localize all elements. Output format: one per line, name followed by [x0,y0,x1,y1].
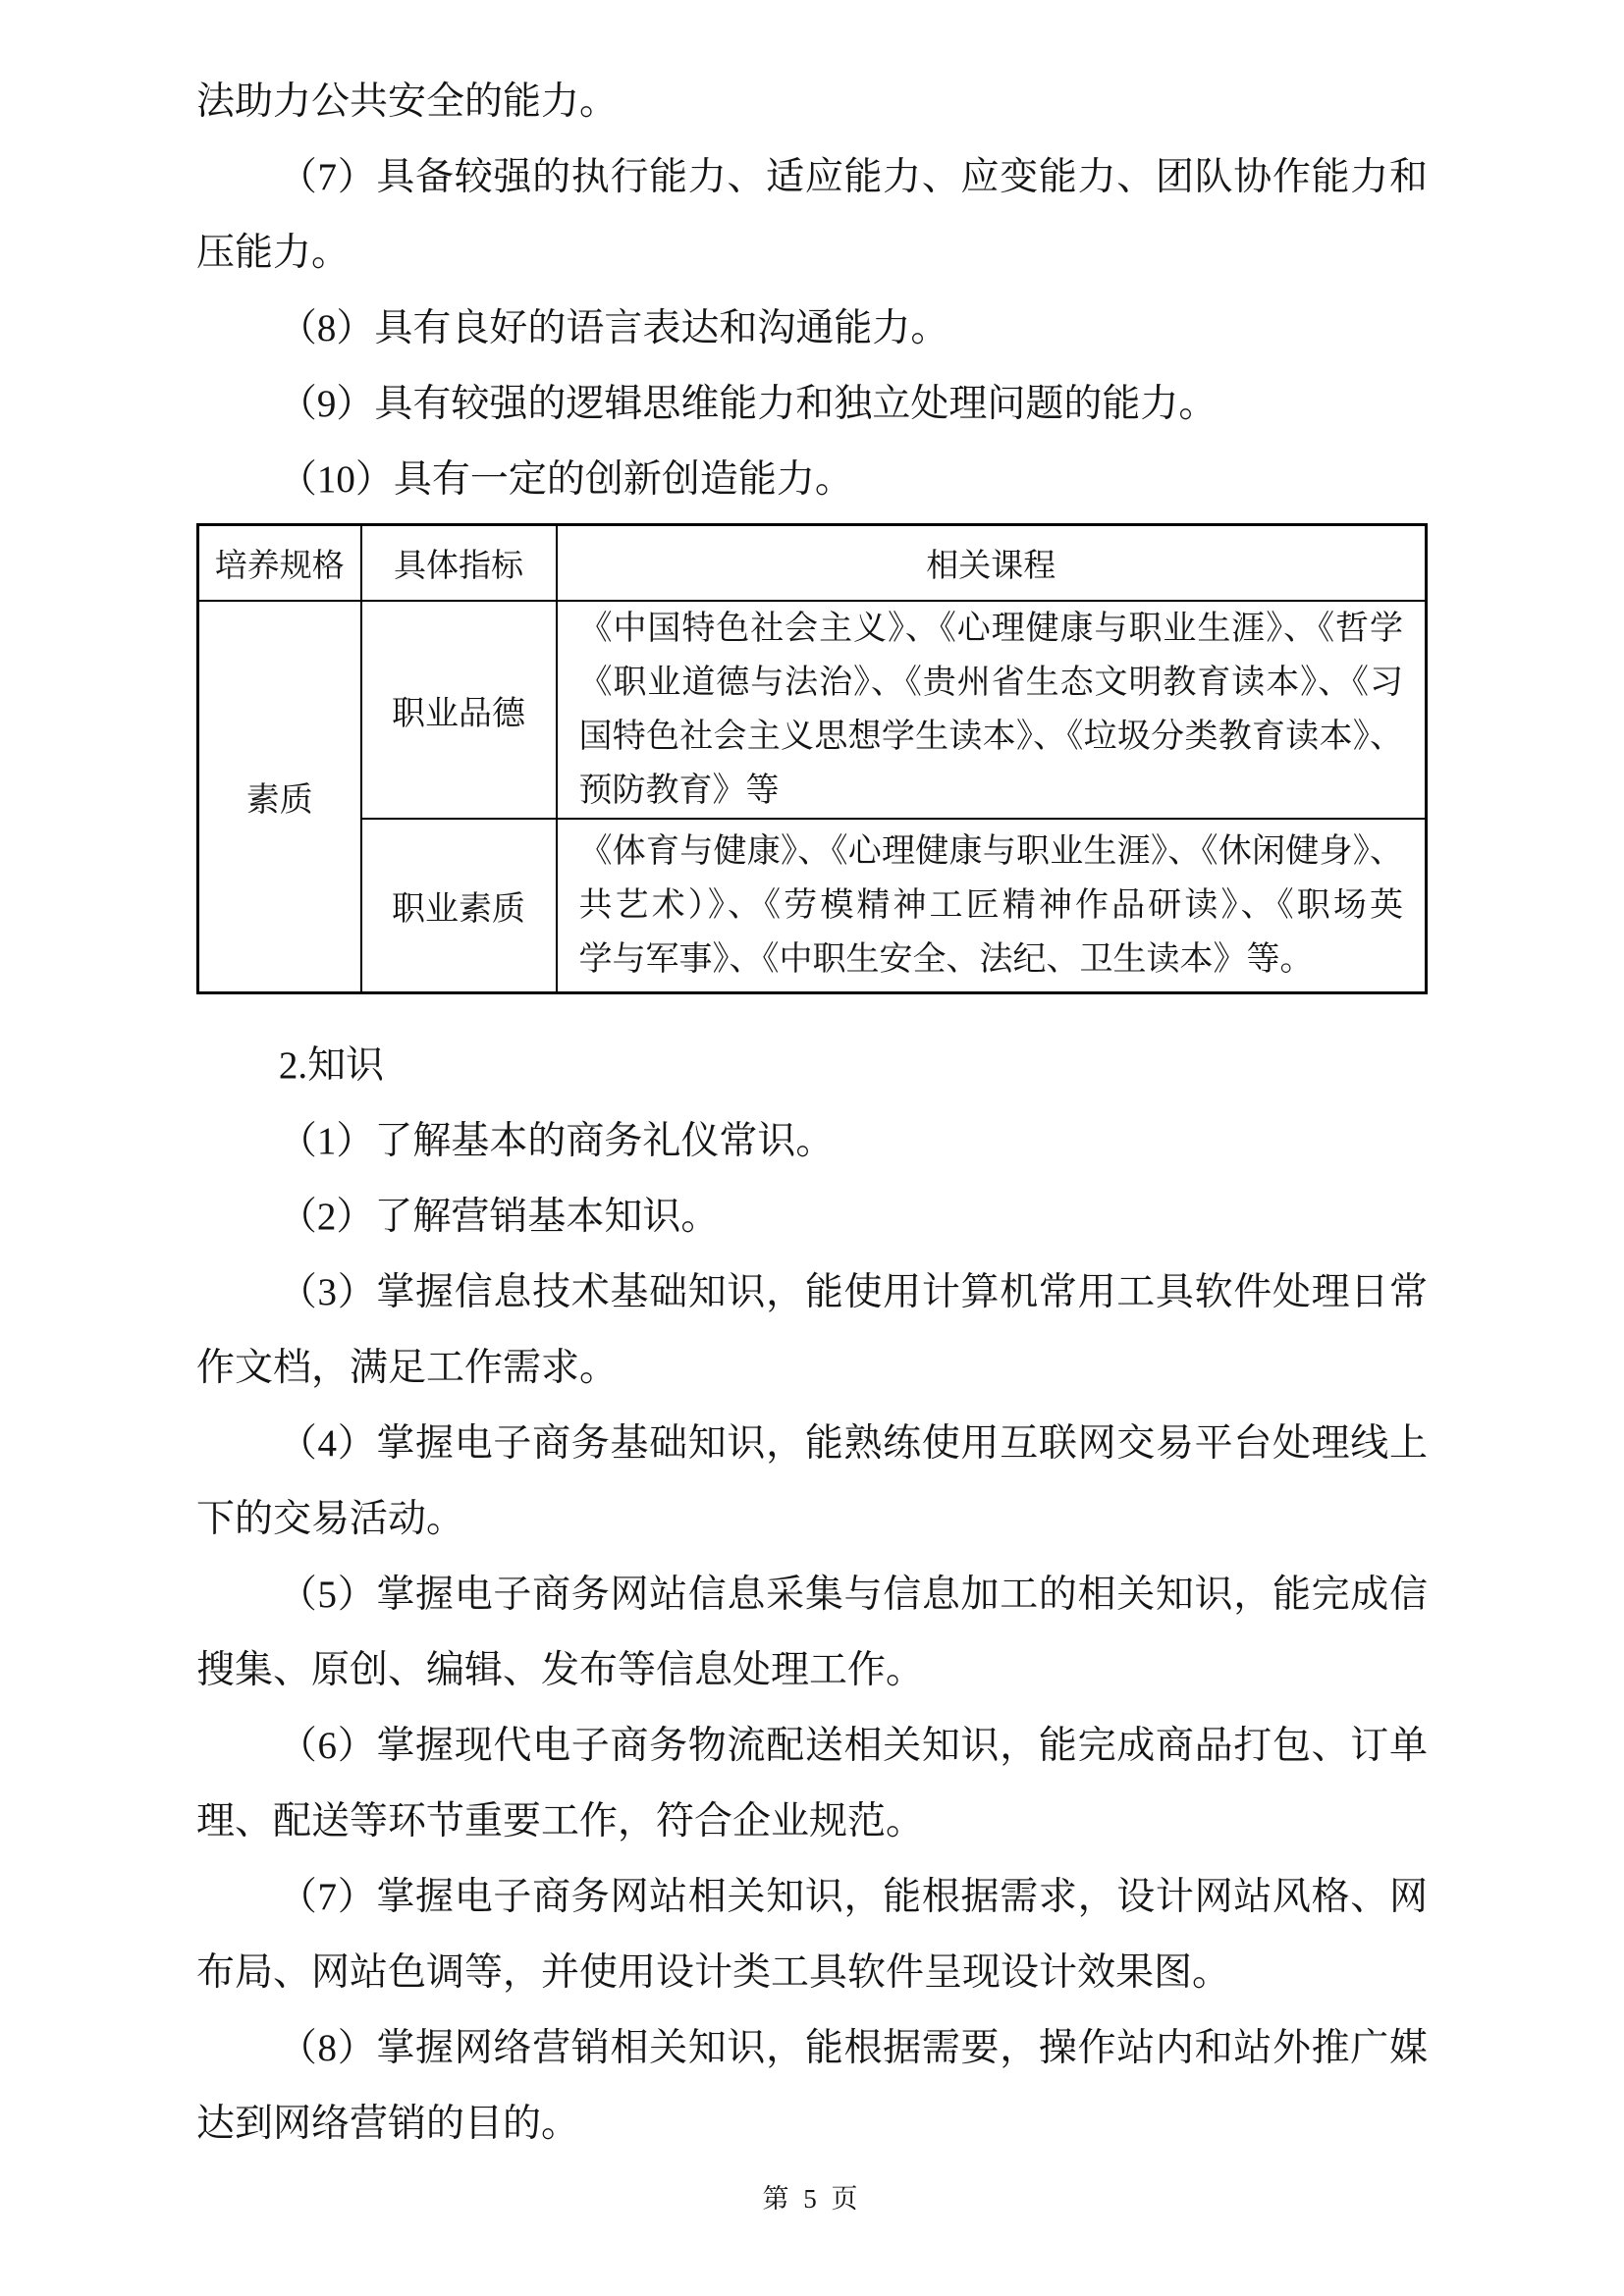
table-row: 素质 职业品德 《中国特色社会主义》、《心理健康与职业生涯》、《哲学与人生》、《… [198,601,1427,819]
text-line: （8）具有良好的语言表达和沟通能力。 [196,291,1428,366]
cell-quality-group: 素质 [198,601,361,992]
text-line: （7）掌握电子商务网站相关知识，能根据需求，设计网站风格、网页 [196,1859,1428,1935]
text-line: （1）了解基本的商务礼仪常识。 [196,1103,1428,1179]
text-line: 共艺术）》、《劳模精神工匠精神作品研读》、《职场英语》、《数 [579,879,1404,933]
text-line: （4）掌握电子商务基础知识，能熟练使用互联网交易平台处理线上线 [196,1406,1428,1481]
text-line: 理、配送等环节重要工作，符合企业规范。 [196,1784,1428,1859]
cell-courses-quality: 《体育与健康》、《心理健康与职业生涯》、《休闲健身》、《公共艺术）》、《劳模精神… [557,819,1427,992]
text-line: 国特色社会主义思想学生读本》、《垃圾分类教育读本》、《毒品 [579,710,1404,764]
training-spec-table: 培养规格 具体指标 相关课程 素质 职业品德 《中国特色社会主义》、《心理健康与… [196,523,1428,994]
text-line: （10）具有一定的创新创造能力。 [196,442,1428,517]
text-line: （9）具有较强的逻辑思维能力和独立处理问题的能力。 [196,366,1428,442]
text-line: 下的交易活动。 [196,1481,1428,1557]
text-line: 达到网络营销的目的。 [196,2086,1428,2162]
table-header-row: 培养规格 具体指标 相关课程 [198,525,1427,602]
course-lines-quality: 《体育与健康》、《心理健康与职业生涯》、《休闲健身》、《公共艺术）》、《劳模精神… [579,825,1404,987]
paragraph-block-top: 法助力公共安全的能力。（7）具备较强的执行能力、适应能力、应变能力、团队协作能力… [196,64,1428,517]
text-line: （5）掌握电子商务网站信息采集与信息加工的相关知识，能完成信息 [196,1557,1428,1632]
text-line: 2.知识 [196,1028,1428,1103]
page-number: 第 5 页 [0,2177,1624,2216]
text-line: 《体育与健康》、《心理健康与职业生涯》、《休闲健身》、《公 [579,825,1404,879]
text-line: 《职业道德与法治》、《贵州省生态文明教育读本》、《习近平中 [579,656,1404,710]
header-cell-training-spec: 培养规格 [198,525,361,602]
text-line: （6）掌握现代电子商务物流配送相关知识，能完成商品打包、订单处 [196,1708,1428,1784]
text-line: （7）具备较强的执行能力、适应能力、应变能力、团队协作能力和抗 [196,139,1428,215]
text-line: 压能力。 [196,215,1428,291]
header-cell-related-courses: 相关课程 [557,525,1427,602]
text-line: （2）了解营销基本知识。 [196,1179,1428,1255]
text-line: 布局、网站色调等，并使用设计类工具软件呈现设计效果图。 [196,1935,1428,2010]
text-line: （3）掌握信息技术基础知识，能使用计算机常用工具软件处理日常工 [196,1255,1428,1330]
text-line: 学与军事》、《中职生安全、法纪、卫生读本》等。 [579,933,1404,987]
text-line: 法助力公共安全的能力。 [196,64,1428,139]
cell-indicator-quality: 职业素质 [361,819,557,992]
text-line: 《中国特色社会主义》、《心理健康与职业生涯》、《哲学与人生》、 [579,602,1404,656]
cell-courses-morality: 《中国特色社会主义》、《心理健康与职业生涯》、《哲学与人生》、《职业道德与法治》… [557,601,1427,819]
course-lines-morality: 《中国特色社会主义》、《心理健康与职业生涯》、《哲学与人生》、《职业道德与法治》… [579,602,1404,818]
cell-indicator-morality: 职业品德 [361,601,557,819]
paragraph-block-knowledge: 2.知识（1）了解基本的商务礼仪常识。（2）了解营销基本知识。（3）掌握信息技术… [196,1028,1428,2162]
text-line: 作文档，满足工作需求。 [196,1330,1428,1406]
text-line: 预防教育》等 [579,764,1404,818]
document-page: 法助力公共安全的能力。（7）具备较强的执行能力、适应能力、应变能力、团队协作能力… [0,0,1624,2296]
page-content: 法助力公共安全的能力。（7）具备较强的执行能力、适应能力、应变能力、团队协作能力… [196,64,1428,2162]
text-line: （8）掌握网络营销相关知识，能根据需要，操作站内和站外推广媒介， [196,2010,1428,2086]
header-cell-indicator: 具体指标 [361,525,557,602]
text-line: 搜集、原创、编辑、发布等信息处理工作。 [196,1632,1428,1708]
table-row: 职业素质 《体育与健康》、《心理健康与职业生涯》、《休闲健身》、《公共艺术）》、… [198,819,1427,992]
